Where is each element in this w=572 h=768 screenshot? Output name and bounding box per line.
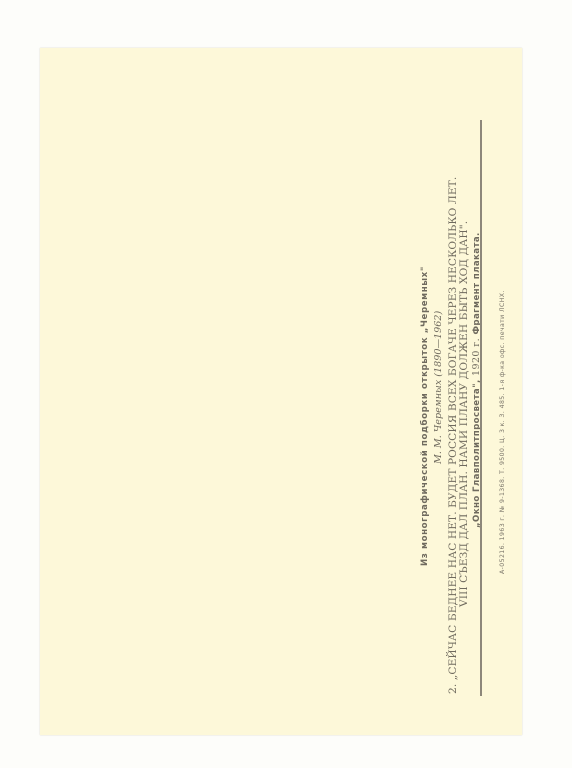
print-info: А-05216. 1963 г. № 9-1368. Т. 9500. Ц. 3… xyxy=(499,290,506,574)
divider-rule xyxy=(480,120,482,696)
series-line: Из монографической подборки открыток „Че… xyxy=(420,266,430,566)
caption-line-2: VIII СЪЕЗД ДАЛ ПЛАН. НАМИ ПЛАНУ ДОЛЖЕН Б… xyxy=(458,221,470,607)
author-line: М. М. Черемных (1890—1962) xyxy=(433,311,444,464)
